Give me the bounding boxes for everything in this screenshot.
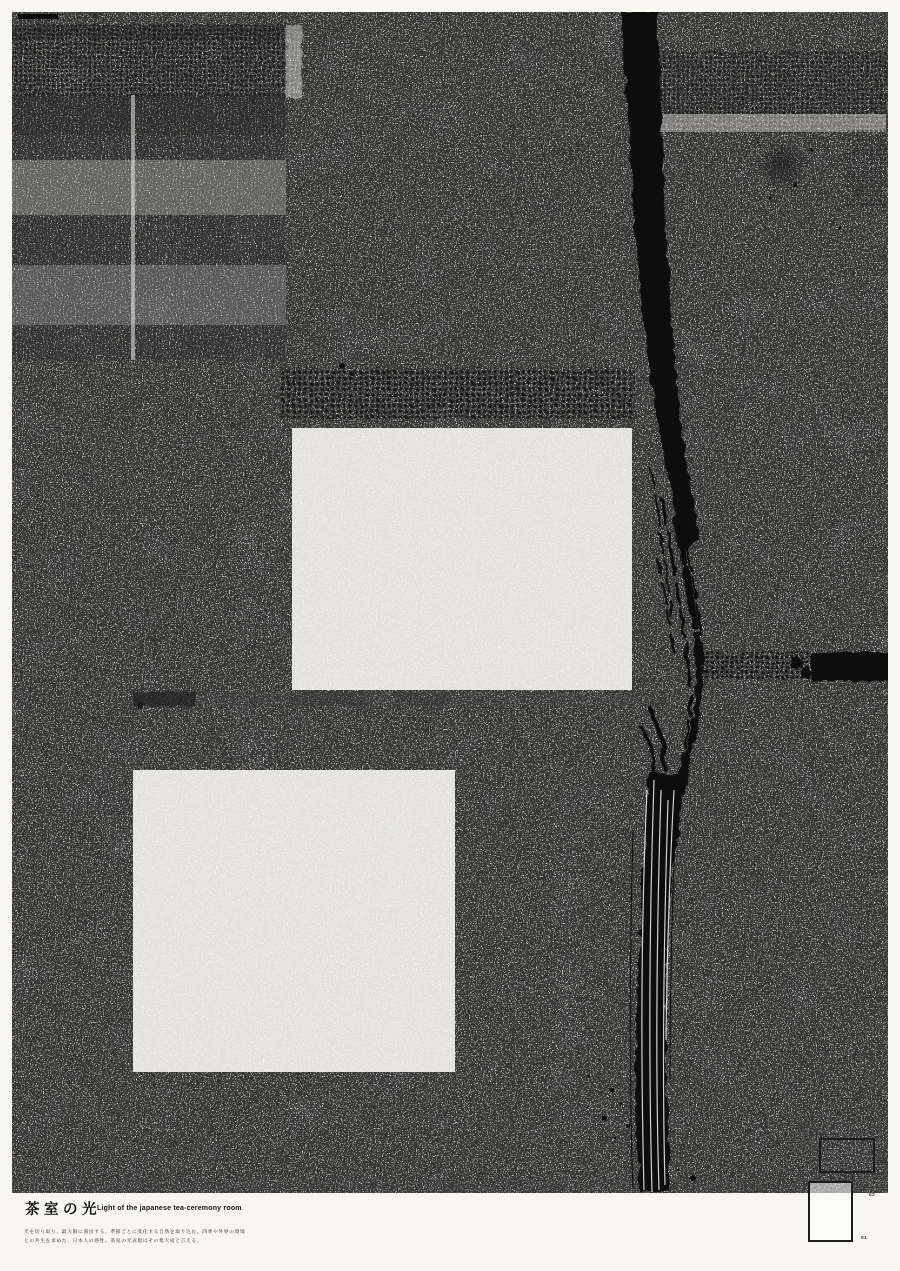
legend-label-02: 02 xyxy=(869,1192,875,1197)
halftone-block-top-left xyxy=(12,25,302,98)
poster-artwork xyxy=(0,0,900,1271)
dotted-strip-right xyxy=(697,652,892,681)
poster-title-english: Light of the japanese tea-ceremony room xyxy=(97,1205,242,1212)
description-line-1: 光を切り取り、最大限に演出する。季節ごとに変化する自然を取り込む。四季や外界の環… xyxy=(24,1227,245,1236)
top-left-black-bar xyxy=(18,14,58,19)
figure-label-01: 01 xyxy=(91,714,103,724)
halftone-strip-middle xyxy=(281,363,635,418)
stripe-block-top-left xyxy=(12,95,286,360)
poster-description: 光を切り取り、最大限に演出する。季節ごとに変化する自然を取り込む。四季や外界の環… xyxy=(24,1227,245,1245)
tea-room-poster: 02 01 02 01 茶室の光 Light of the japanese t… xyxy=(0,0,900,1271)
legend-swatch-02 xyxy=(819,1138,875,1173)
ink-spray-blob xyxy=(766,148,800,182)
thin-grid-strip xyxy=(133,692,636,708)
figure-label-02: 02 xyxy=(230,421,242,431)
legend-swatch-01 xyxy=(808,1181,853,1242)
legend-label-01: 01 xyxy=(861,1235,867,1240)
poster-title-japanese: 茶室の光 xyxy=(25,1198,101,1219)
description-line-2: との共生を求めた、日本人の感性。茶室の光表現はその集大成と言える。 xyxy=(24,1236,245,1245)
